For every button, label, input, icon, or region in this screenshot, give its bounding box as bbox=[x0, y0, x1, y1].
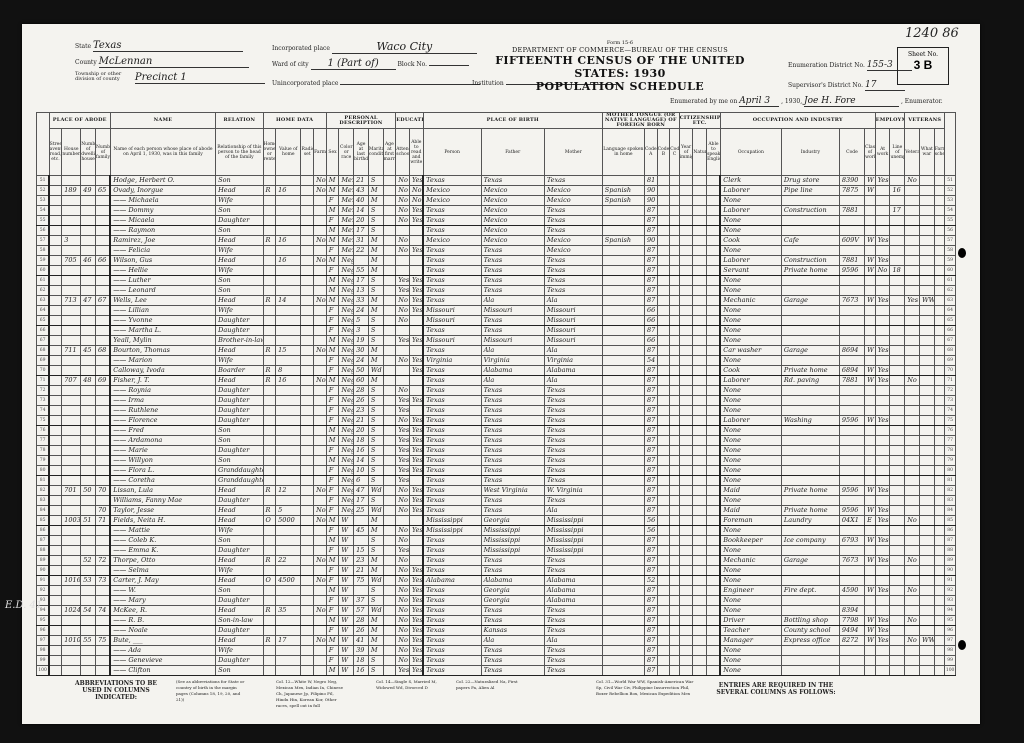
cell-radio bbox=[301, 426, 314, 436]
col-occupation: Occupation bbox=[720, 129, 781, 176]
cell-relation: Daughter bbox=[216, 496, 263, 506]
cell-codeC bbox=[670, 446, 680, 456]
cell-eng bbox=[707, 496, 721, 506]
line-number: 98 bbox=[37, 646, 50, 656]
cell-unemp bbox=[890, 386, 905, 396]
cell-mpob: Mississippi bbox=[544, 516, 602, 526]
cell-name: —— Leonard bbox=[110, 286, 215, 296]
cell-codeB bbox=[657, 336, 670, 346]
cell-relation: Daughter bbox=[216, 216, 263, 226]
cell-vet: No bbox=[905, 616, 920, 626]
cell-lang bbox=[602, 276, 644, 286]
cell-age: 33 bbox=[354, 296, 369, 306]
cell-family: 68 bbox=[95, 346, 110, 356]
cell-fpob: Kansas bbox=[481, 626, 544, 636]
cell-house: 1024 bbox=[62, 606, 81, 616]
cell-radio bbox=[301, 646, 314, 656]
cell-unemp bbox=[890, 216, 905, 226]
cell-fpob: Alabama bbox=[481, 576, 544, 586]
cell-dwelling: 45 bbox=[81, 346, 96, 356]
cell-unemp bbox=[890, 246, 905, 256]
cell-house: 707 bbox=[62, 376, 81, 386]
cell-fpob: Texas bbox=[481, 556, 544, 566]
cell-dwelling bbox=[81, 206, 96, 216]
cell-lang bbox=[602, 606, 644, 616]
cell-mpob: Virginia bbox=[544, 356, 602, 366]
line-number: 53 bbox=[37, 196, 50, 206]
table-row: 100—— CliftonSonMW16SYesYesTexasTexasTex… bbox=[37, 666, 956, 676]
cell-immig bbox=[679, 446, 693, 456]
cell-industry bbox=[781, 326, 839, 336]
cell-atwork: Yes bbox=[875, 236, 890, 246]
cell-occupation: Maid bbox=[720, 486, 781, 496]
cell-mpob: Alabama bbox=[544, 586, 602, 596]
cell-codeC bbox=[670, 306, 680, 316]
cell-war bbox=[919, 646, 934, 656]
cell-street bbox=[49, 196, 62, 206]
col-unemployment: Line of unemployment bbox=[890, 129, 905, 176]
cell-firstm bbox=[383, 656, 396, 666]
cell-firstm bbox=[383, 586, 396, 596]
cell-worker bbox=[865, 226, 876, 236]
cell-name: —— Raymon bbox=[110, 226, 215, 236]
cell-house bbox=[62, 216, 81, 226]
cell-school: Yes bbox=[396, 276, 410, 286]
cell-relation: Boarder bbox=[216, 366, 263, 376]
cell-code bbox=[839, 526, 864, 536]
cell-family bbox=[95, 446, 110, 456]
cell-atwork bbox=[875, 566, 890, 576]
cell-dwelling bbox=[81, 436, 96, 446]
cell-value bbox=[276, 646, 301, 656]
cell-immig bbox=[679, 396, 693, 406]
cell-marital: M bbox=[368, 186, 383, 196]
cell-code bbox=[839, 436, 864, 446]
cell-radio bbox=[301, 486, 314, 496]
cell-fs bbox=[934, 636, 945, 646]
cell-fpob: Texas bbox=[481, 286, 544, 296]
cell-farm bbox=[314, 316, 327, 326]
cell-codeC bbox=[670, 416, 680, 426]
cell-firstm bbox=[383, 506, 396, 516]
cell-pob: Mexico bbox=[423, 186, 481, 196]
cell-fpob: Texas bbox=[481, 646, 544, 656]
cell-codeA: 66 bbox=[644, 316, 657, 326]
cell-read: Yes bbox=[409, 446, 423, 456]
cell-lang: Spanish bbox=[602, 186, 644, 196]
cell-mpob: Texas bbox=[544, 426, 602, 436]
cell-value bbox=[276, 316, 301, 326]
cell-read: Yes bbox=[409, 626, 423, 636]
cell-read bbox=[409, 326, 423, 336]
cell-worker bbox=[865, 606, 876, 616]
cell-war bbox=[919, 446, 934, 456]
cell-sex: F bbox=[326, 446, 339, 456]
col-immigration: Year of immigration bbox=[679, 129, 693, 176]
cell-codeA: 87 bbox=[644, 286, 657, 296]
cell-fs bbox=[934, 286, 945, 296]
cell-race: Mex bbox=[339, 216, 354, 226]
cell-own bbox=[263, 206, 276, 216]
cell-own bbox=[263, 646, 276, 656]
cell-nat bbox=[693, 276, 707, 286]
cell-worker bbox=[865, 576, 876, 586]
cell-house bbox=[62, 176, 81, 186]
cell-pob: Texas bbox=[423, 346, 481, 356]
cell-atwork bbox=[875, 386, 890, 396]
cell-eng bbox=[707, 386, 721, 396]
enumerator-name: Joe H. Fore bbox=[804, 96, 899, 107]
cell-codeC bbox=[670, 506, 680, 516]
cell-codeA: 87 bbox=[644, 626, 657, 636]
cell-lang: Spanish bbox=[602, 196, 644, 206]
cell-house bbox=[62, 616, 81, 626]
cell-own bbox=[263, 616, 276, 626]
cell-atwork bbox=[875, 446, 890, 456]
cell-sex: F bbox=[326, 476, 339, 486]
cell-vet bbox=[905, 186, 920, 196]
binding-hole bbox=[958, 248, 966, 258]
cell-age: 14 bbox=[354, 206, 369, 216]
cell-race: W bbox=[339, 626, 354, 636]
col-race: Color or race bbox=[339, 129, 354, 176]
cell-age: 21 bbox=[354, 176, 369, 186]
cell-read: Yes bbox=[409, 506, 423, 516]
cell-relation: Wife bbox=[216, 266, 263, 276]
cell-vet bbox=[905, 276, 920, 286]
cell-nat bbox=[693, 226, 707, 236]
cell-nat bbox=[693, 516, 707, 526]
cell-age: 31 bbox=[354, 236, 369, 246]
cell-codeA: 87 bbox=[644, 376, 657, 386]
cell-eng bbox=[707, 446, 721, 456]
cell-street bbox=[49, 566, 62, 576]
cell-street bbox=[49, 386, 62, 396]
cell-sex: F bbox=[326, 486, 339, 496]
cell-immig bbox=[679, 236, 693, 246]
cell-codeA: 87 bbox=[644, 256, 657, 266]
cell-read bbox=[409, 546, 423, 556]
cell-relation: Son bbox=[216, 286, 263, 296]
cell-read: Yes bbox=[409, 486, 423, 496]
cell-name: Ramirez, Joe bbox=[110, 236, 215, 246]
cell-race: Neg bbox=[339, 436, 354, 446]
abbrev-note: (See as abbreviations for State or count… bbox=[176, 679, 246, 703]
cell-pob: Texas bbox=[423, 656, 481, 666]
cell-worker: W bbox=[865, 486, 876, 496]
cell-sex: F bbox=[326, 216, 339, 226]
cell-eng bbox=[707, 526, 721, 536]
cell-relation: Granddaughter bbox=[216, 476, 263, 486]
col-relation: Relationship of this person to the head … bbox=[216, 129, 263, 176]
cell-name: Thorpe, Otto bbox=[110, 556, 215, 566]
cell-race: W bbox=[339, 596, 354, 606]
cell-codeA: 87 bbox=[644, 636, 657, 646]
cell-race: Mex bbox=[339, 246, 354, 256]
cell-fs bbox=[934, 316, 945, 326]
cell-vet bbox=[905, 456, 920, 466]
table-row: 9410245474McKee, R.HeadR35NoFW57WdNoYesT… bbox=[37, 606, 956, 616]
cell-industry: Ice company bbox=[781, 536, 839, 546]
line-number: 91 bbox=[37, 576, 50, 586]
cell-lang bbox=[602, 246, 644, 256]
line-number: 89 bbox=[37, 556, 50, 566]
cell-family: 67 bbox=[95, 296, 110, 306]
cell-house bbox=[62, 386, 81, 396]
cell-worker bbox=[865, 596, 876, 606]
cell-industry bbox=[781, 216, 839, 226]
cell-relation: Daughter bbox=[216, 386, 263, 396]
table-row: 60—— HellieWifeFNeg55MTexasTexasTexas87S… bbox=[37, 266, 956, 276]
cell-war bbox=[919, 606, 934, 616]
cell-eng bbox=[707, 656, 721, 666]
cell-lang bbox=[602, 366, 644, 376]
cell-immig bbox=[679, 656, 693, 666]
cell-relation: Daughter bbox=[216, 546, 263, 556]
cell-value bbox=[276, 326, 301, 336]
cell-sex: M bbox=[326, 186, 339, 196]
cell-value bbox=[276, 546, 301, 556]
cell-marital: S bbox=[368, 496, 383, 506]
cell-street bbox=[49, 586, 62, 596]
cell-occupation: None bbox=[720, 646, 781, 656]
cell-codeB bbox=[657, 586, 670, 596]
cell-occupation: Cook bbox=[720, 236, 781, 246]
cell-unemp bbox=[890, 426, 905, 436]
cell-vet bbox=[905, 476, 920, 486]
cell-sex: F bbox=[326, 656, 339, 666]
cell-worker bbox=[865, 496, 876, 506]
cell-pob: Texas bbox=[423, 566, 481, 576]
cell-mpob: Missouri bbox=[544, 326, 602, 336]
cell-atwork bbox=[875, 666, 890, 676]
cell-code: 9596 bbox=[839, 266, 864, 276]
cell-nat bbox=[693, 636, 707, 646]
cell-name: Wilson, Gus bbox=[110, 256, 215, 266]
cell-firstm bbox=[383, 296, 396, 306]
cell-read: Yes bbox=[409, 466, 423, 476]
cell-unemp bbox=[890, 436, 905, 446]
cell-read: Yes bbox=[409, 596, 423, 606]
cell-name: Ovady, Inorgue bbox=[110, 186, 215, 196]
table-row: 79—— WillyonSonMNeg14SYesYesTexasTexasTe… bbox=[37, 456, 956, 466]
cell-atwork bbox=[875, 276, 890, 286]
cell-nat bbox=[693, 596, 707, 606]
cell-marital: S bbox=[368, 466, 383, 476]
cell-read bbox=[409, 266, 423, 276]
cell-pob: Texas bbox=[423, 606, 481, 616]
cell-pob: Texas bbox=[423, 366, 481, 376]
cell-code bbox=[839, 466, 864, 476]
abbrev-col14: Col. 14—Single S, Married M, Widowed Wd,… bbox=[376, 679, 446, 691]
cell-codeC bbox=[670, 316, 680, 326]
cell-vet bbox=[905, 576, 920, 586]
cell-industry bbox=[781, 246, 839, 256]
cell-nat bbox=[693, 556, 707, 566]
cell-lang bbox=[602, 456, 644, 466]
cell-fpob: West Virginia bbox=[481, 486, 544, 496]
cell-pob: Texas bbox=[423, 386, 481, 396]
group-personal-description: PERSONAL DESCRIPTION bbox=[326, 113, 396, 129]
cell-street bbox=[49, 226, 62, 236]
cell-codeB bbox=[657, 456, 670, 466]
cell-codeC bbox=[670, 216, 680, 226]
ward-label: Ward of city bbox=[272, 61, 309, 68]
cell-street bbox=[49, 646, 62, 656]
cell-family: 74 bbox=[95, 606, 110, 616]
cell-radio bbox=[301, 406, 314, 416]
cell-occupation: None bbox=[720, 476, 781, 486]
cell-race: Neg bbox=[339, 326, 354, 336]
cell-immig bbox=[679, 216, 693, 226]
cell-pob: Texas bbox=[423, 556, 481, 566]
cell-relation: Daughter bbox=[216, 416, 263, 426]
cell-house bbox=[62, 596, 81, 606]
township-value: Precinct 1 bbox=[135, 72, 265, 84]
cell-firstm bbox=[383, 196, 396, 206]
cell-industry bbox=[781, 456, 839, 466]
cell-immig bbox=[679, 336, 693, 346]
cell-pob: Texas bbox=[423, 636, 481, 646]
right-line-number: 93 bbox=[945, 596, 956, 606]
cell-fpob: Virginia bbox=[481, 356, 544, 366]
cell-industry bbox=[781, 566, 839, 576]
cell-name: —— Ardamona bbox=[110, 436, 215, 446]
right-line-number: 62 bbox=[945, 286, 956, 296]
cell-fpob: Missouri bbox=[481, 306, 544, 316]
cell-dwelling bbox=[81, 236, 96, 246]
cell-race: Neg bbox=[339, 456, 354, 466]
cell-lang bbox=[602, 586, 644, 596]
cell-atwork: Yes bbox=[875, 486, 890, 496]
cell-eng bbox=[707, 316, 721, 326]
cell-mpob: Alabama bbox=[544, 576, 602, 586]
right-line-number: 51 bbox=[945, 176, 956, 186]
cell-farm: No bbox=[314, 556, 327, 566]
cell-code: 8272 bbox=[839, 636, 864, 646]
cell-street bbox=[49, 176, 62, 186]
line-number: 56 bbox=[37, 226, 50, 236]
cell-occupation: None bbox=[720, 316, 781, 326]
cell-codeA: 90 bbox=[644, 236, 657, 246]
cell-street bbox=[49, 496, 62, 506]
cell-race: Neg bbox=[339, 296, 354, 306]
cell-family bbox=[95, 466, 110, 476]
cell-war bbox=[919, 186, 934, 196]
line-number: 100 bbox=[37, 666, 50, 676]
cell-pob: Mexico bbox=[423, 236, 481, 246]
cell-farm bbox=[314, 386, 327, 396]
cell-sex: F bbox=[326, 496, 339, 506]
cell-value: 5000 bbox=[276, 516, 301, 526]
line-number: 52 bbox=[37, 186, 50, 196]
cell-worker bbox=[865, 406, 876, 416]
cell-vet bbox=[905, 266, 920, 276]
cell-codeB bbox=[657, 176, 670, 186]
cell-codeC bbox=[670, 596, 680, 606]
cell-read: Yes bbox=[409, 606, 423, 616]
cell-relation: Head bbox=[216, 236, 263, 246]
cell-lang bbox=[602, 626, 644, 636]
enum-district-field: Enumeration District No. 155-3 bbox=[788, 60, 912, 71]
cell-marital: S bbox=[368, 406, 383, 416]
cell-read: Yes bbox=[409, 276, 423, 286]
cell-farm bbox=[314, 276, 327, 286]
cell-street bbox=[49, 366, 62, 376]
cell-atwork bbox=[875, 606, 890, 616]
cell-lang bbox=[602, 176, 644, 186]
cell-unemp: 16 bbox=[890, 186, 905, 196]
cell-unemp bbox=[890, 586, 905, 596]
cell-own: R bbox=[263, 636, 276, 646]
cell-vet bbox=[905, 306, 920, 316]
cell-sex: F bbox=[326, 626, 339, 636]
cell-house: 189 bbox=[62, 186, 81, 196]
cell-nat bbox=[693, 496, 707, 506]
cell-unemp: 17 bbox=[890, 206, 905, 216]
line-number: 79 bbox=[37, 456, 50, 466]
incorporated-label: Incorporated place bbox=[272, 45, 330, 52]
cell-war bbox=[919, 546, 934, 556]
cell-code bbox=[839, 226, 864, 236]
cell-marital: S bbox=[368, 316, 383, 326]
cell-dwelling bbox=[81, 216, 96, 226]
cell-lang bbox=[602, 446, 644, 456]
cell-read bbox=[409, 316, 423, 326]
cell-radio bbox=[301, 586, 314, 596]
cell-code bbox=[839, 316, 864, 326]
cell-occupation: Servant bbox=[720, 266, 781, 276]
cell-fs bbox=[934, 206, 945, 216]
cell-firstm bbox=[383, 276, 396, 286]
cell-race: Neg bbox=[339, 476, 354, 486]
cell-farm bbox=[314, 246, 327, 256]
table-row: 9110165373Carter, J. MayHeadO4500NoFW75W… bbox=[37, 576, 956, 586]
cell-fpob: Georgia bbox=[481, 516, 544, 526]
cell-nat bbox=[693, 416, 707, 426]
cell-marital: M bbox=[368, 566, 383, 576]
cell-fs bbox=[934, 386, 945, 396]
cell-marital: M bbox=[368, 376, 383, 386]
cell-lang bbox=[602, 396, 644, 406]
cell-codeC bbox=[670, 296, 680, 306]
cell-street bbox=[49, 316, 62, 326]
cell-code bbox=[839, 456, 864, 466]
cell-war: WW bbox=[919, 636, 934, 646]
cell-own bbox=[263, 656, 276, 666]
cell-codeC bbox=[670, 396, 680, 406]
cell-eng bbox=[707, 396, 721, 406]
col-marital: Marital condition bbox=[368, 129, 383, 176]
cell-occupation: None bbox=[720, 656, 781, 666]
cell-occupation: None bbox=[720, 496, 781, 506]
cell-sex: M bbox=[326, 536, 339, 546]
cell-read: Yes bbox=[409, 396, 423, 406]
cell-street bbox=[49, 526, 62, 536]
cell-pob: Texas bbox=[423, 426, 481, 436]
cell-farm: No bbox=[314, 516, 327, 526]
cell-vet bbox=[905, 346, 920, 356]
cell-school: No bbox=[396, 306, 410, 316]
cell-occupation: None bbox=[720, 666, 781, 676]
cell-mpob: Missouri bbox=[544, 306, 602, 316]
cell-industry bbox=[781, 276, 839, 286]
cell-fpob: Texas bbox=[481, 666, 544, 676]
cell-age: 18 bbox=[354, 656, 369, 666]
cell-unemp bbox=[890, 446, 905, 456]
cell-immig bbox=[679, 666, 693, 676]
cell-immig bbox=[679, 296, 693, 306]
